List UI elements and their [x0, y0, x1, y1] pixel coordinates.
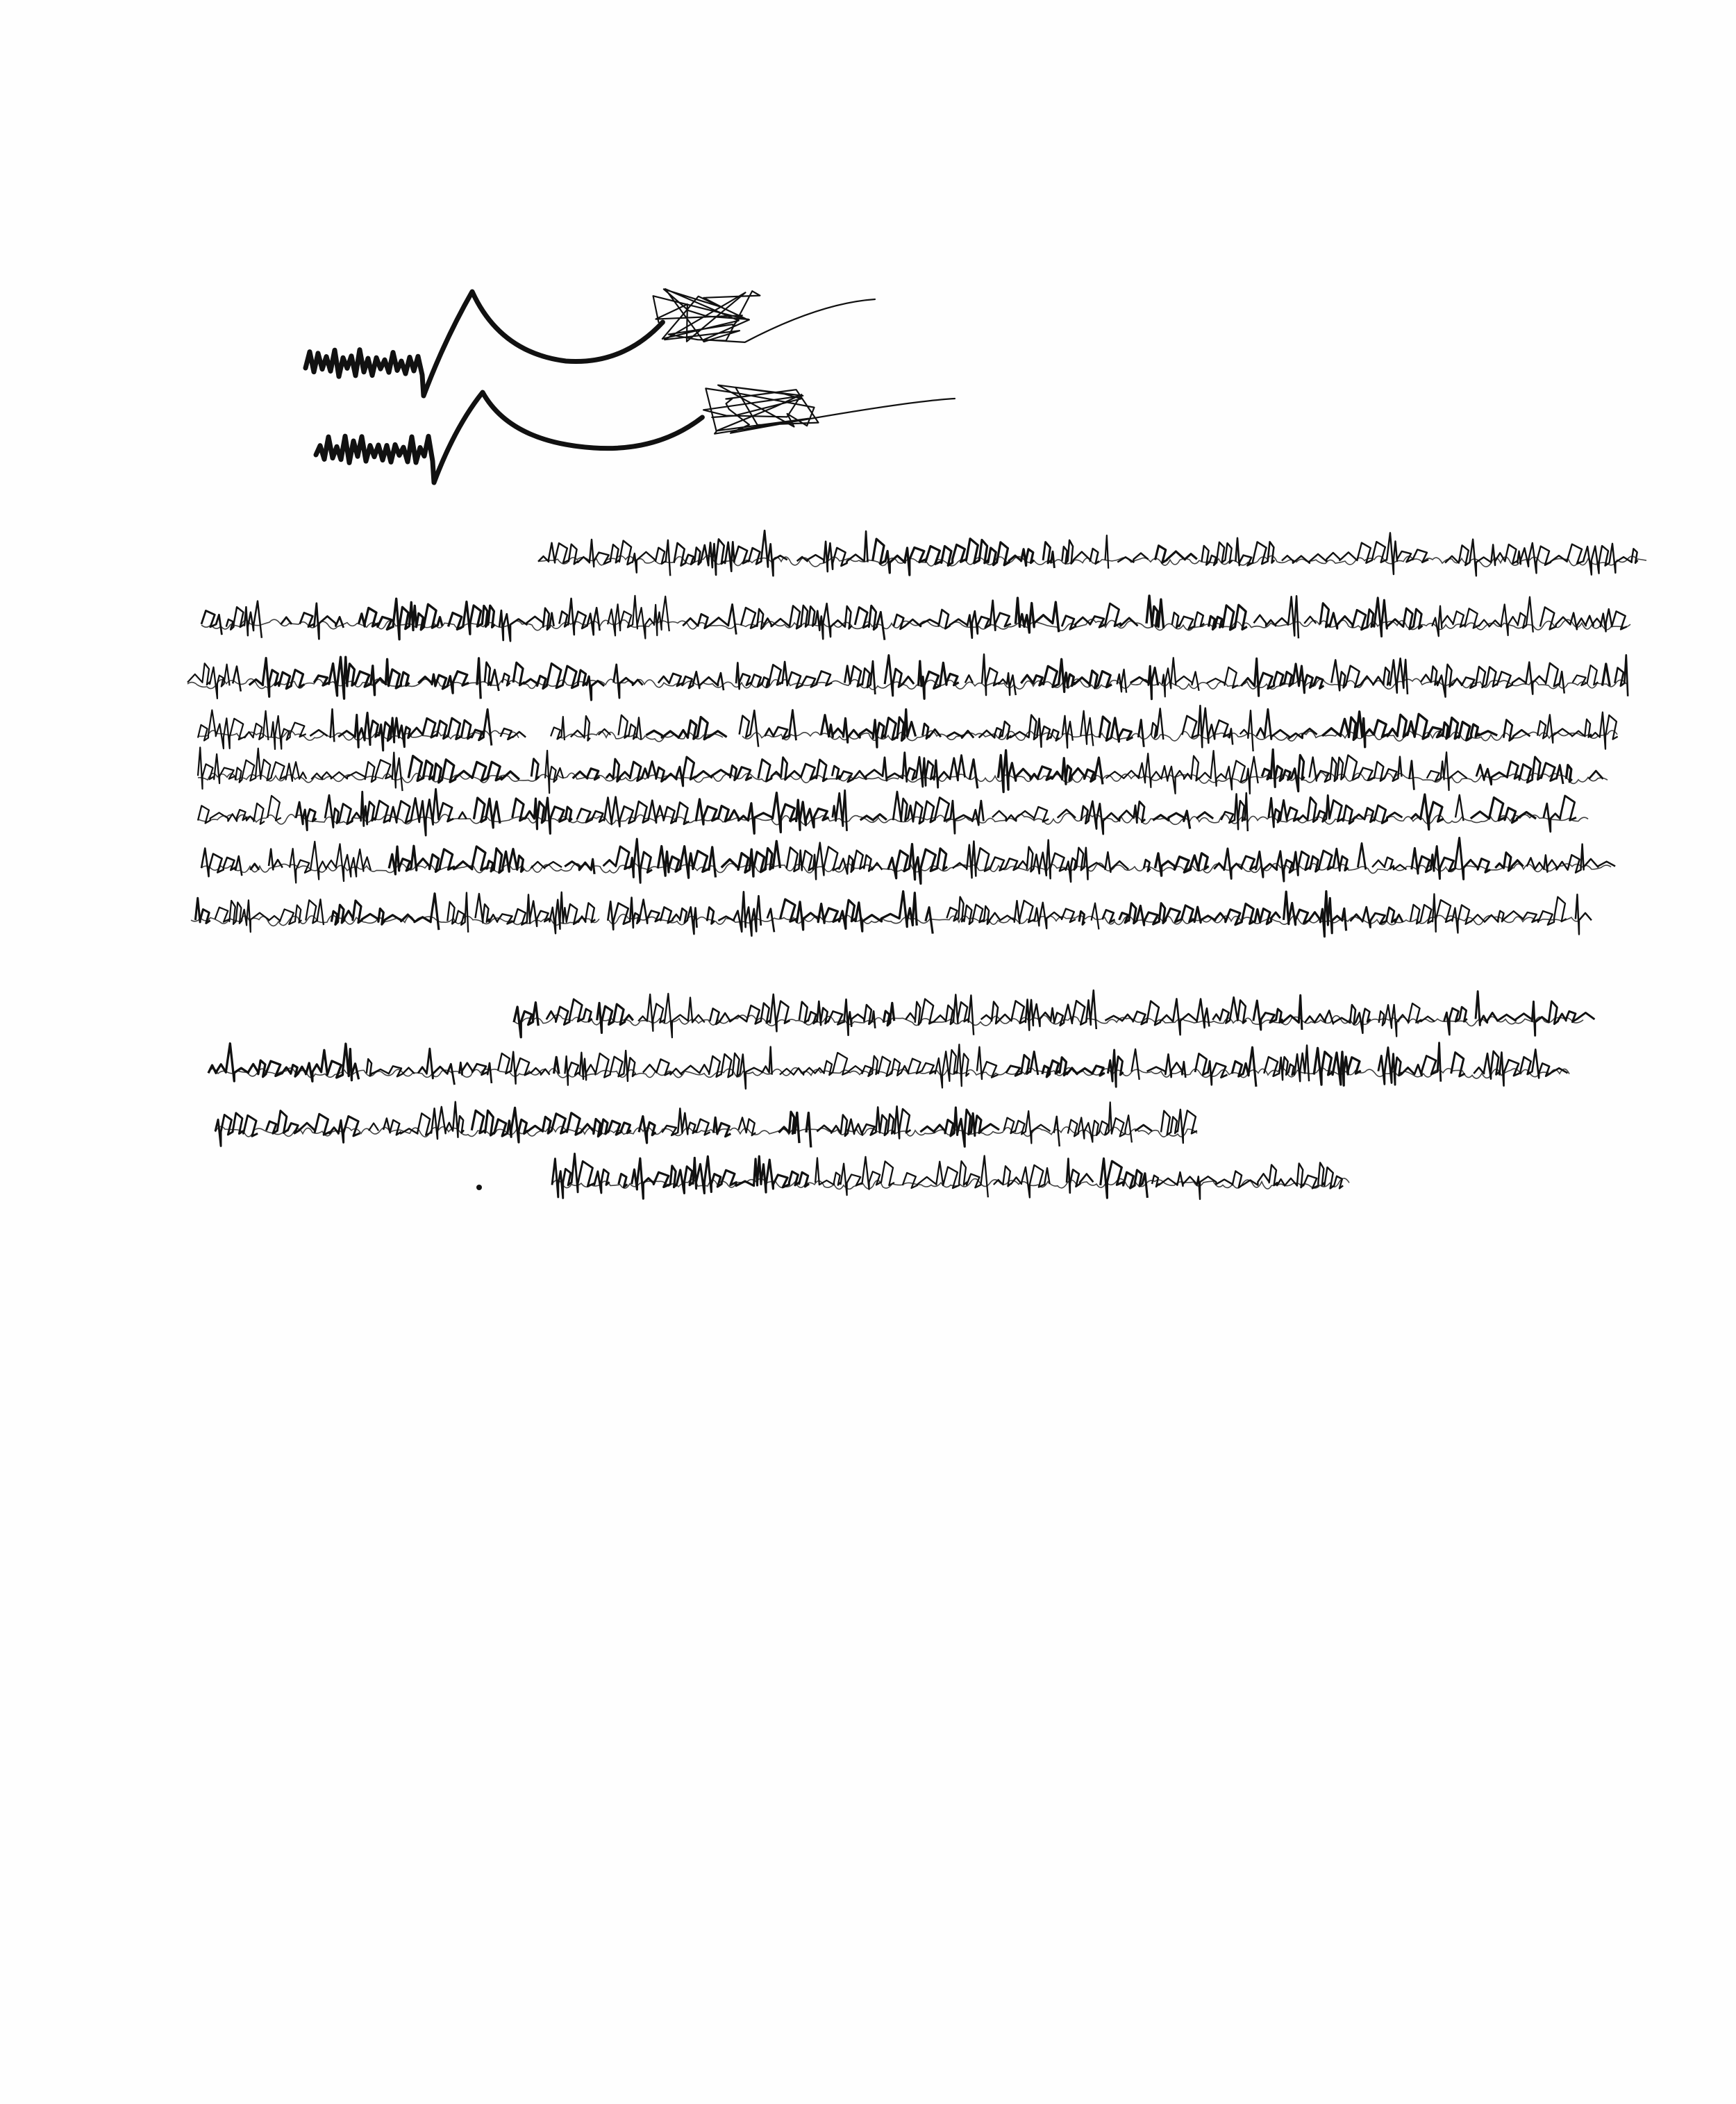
paragraph-1-line-1 [538, 531, 1646, 576]
paragraph-1-line-7 [201, 838, 1615, 884]
heading-stroke-1-swoop [306, 292, 662, 396]
paper-sheet [0, 0, 1736, 2104]
ink-dot [476, 1185, 482, 1190]
asemic-writing-canvas [0, 0, 1736, 2104]
paragraph-2-line-1 [514, 990, 1594, 1037]
heading-stroke-2-swoop [316, 392, 702, 483]
paragraph-1-line-5 [198, 747, 1608, 794]
paragraph-1-line-2 [201, 596, 1630, 641]
heading-stroke-2-tangle [703, 385, 955, 434]
paragraph-1-line-3 [187, 654, 1628, 700]
heading-stroke-1-tangle [653, 289, 875, 342]
paragraph-2-line-2 [208, 1043, 1569, 1089]
paragraph-2-line-3 [215, 1102, 1197, 1148]
paragraph-1-line-8 [191, 892, 1592, 937]
paragraph-1-line-4 [198, 705, 1618, 751]
paragraph-2-line-4 [552, 1153, 1349, 1199]
paragraph-1-line-6 [198, 789, 1588, 835]
